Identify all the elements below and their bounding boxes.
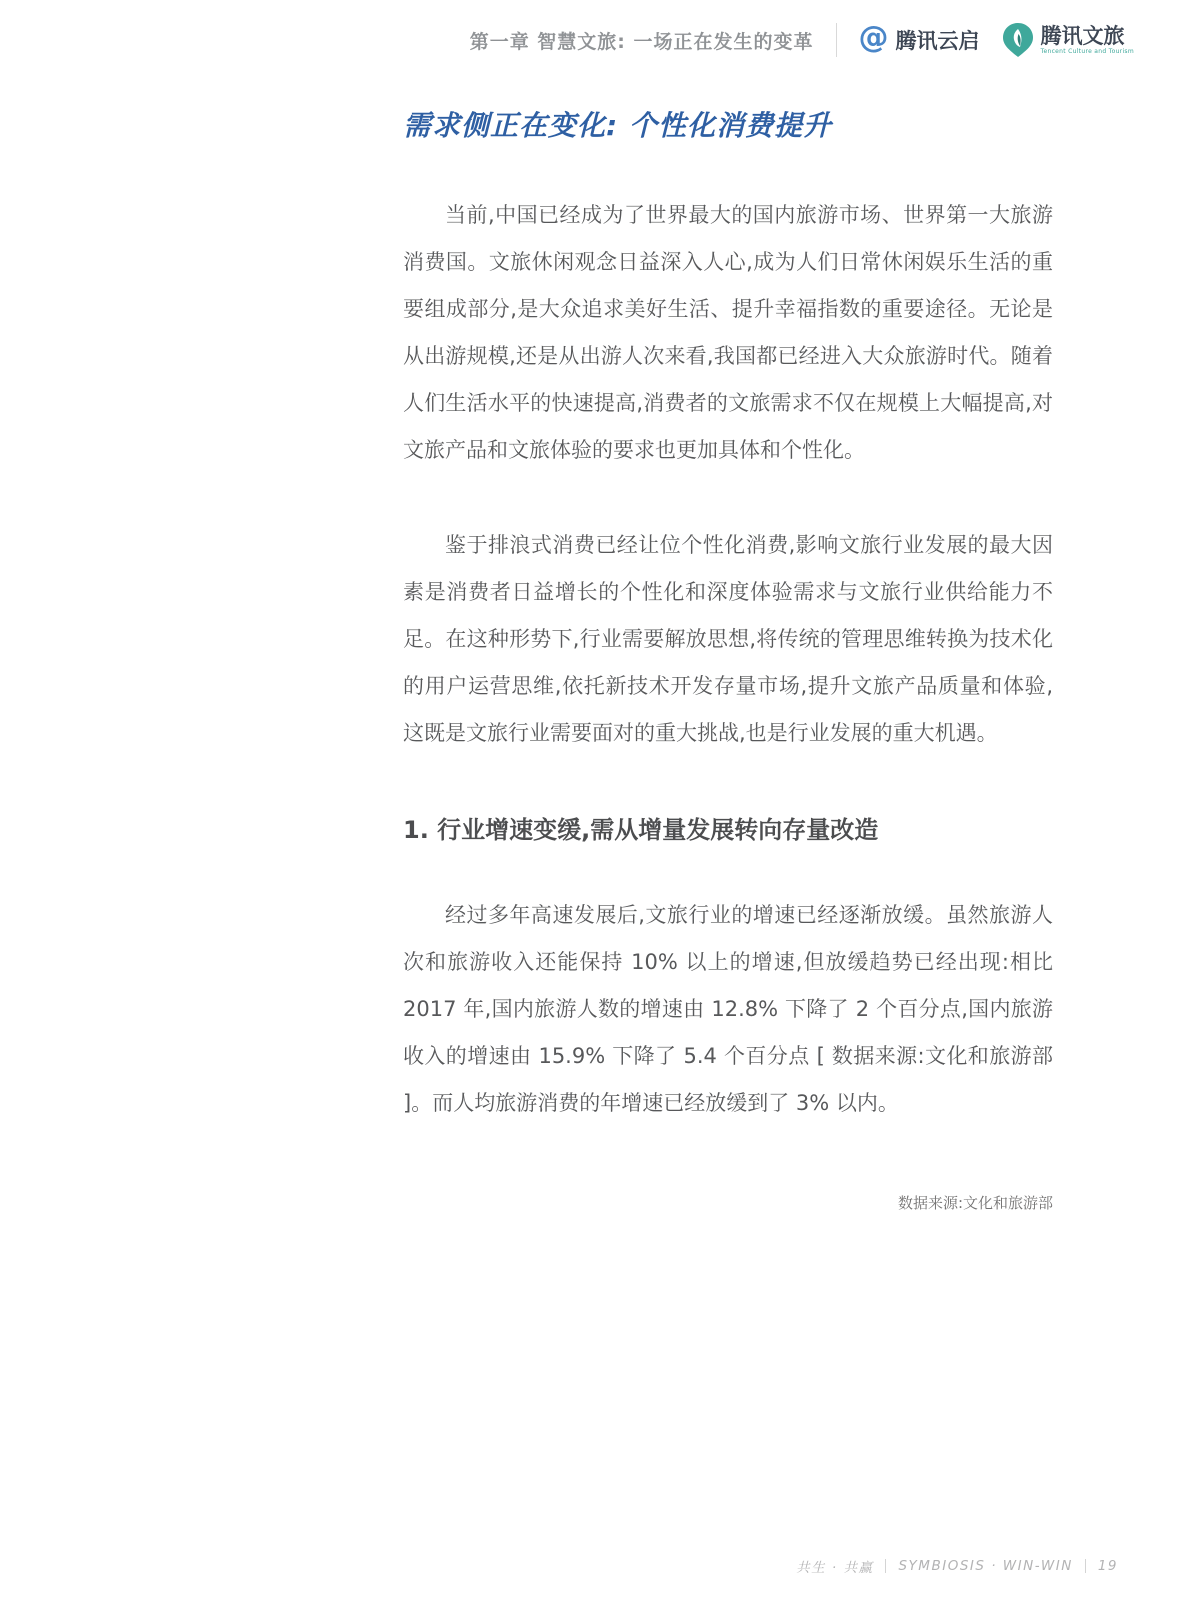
footer-motto-cn: 共生 · 共赢 [796, 1556, 873, 1576]
tencent-cloud-logo-label: 腾讯云启 [896, 25, 980, 55]
tencent-tourism-logo-text: 腾讯文旅 Tencent Culture and Tourism [1041, 26, 1134, 55]
footer-motto-en: SYMBIOSIS · WIN-WIN [898, 1558, 1072, 1574]
page-number: 19 [1098, 1558, 1118, 1574]
paragraph-3: 经过多年高速发展后,文旅行业的增速已经逐渐放缓。虽然旅游人次和旅游收入还能保持 … [403, 892, 1053, 1127]
footer-divider [885, 1559, 886, 1573]
section-title: 需求侧正在变化: 个性化消费提升 [403, 104, 832, 144]
footer-divider [1085, 1559, 1086, 1573]
chapter-title: 第一章 智慧文旅: 一场正在发生的变革 [470, 27, 814, 54]
subsection-heading: 1. 行业增速变缓,需从增量发展转向存量改造 [403, 810, 878, 845]
tencent-tourism-logo-label: 腾讯文旅 [1041, 26, 1134, 47]
page-header: 第一章 智慧文旅: 一场正在发生的变革 @ 腾讯云启 腾讯文旅 Tencent … [470, 18, 1134, 62]
teal-pin-leaf-icon [1002, 22, 1034, 58]
tencent-tourism-logo: 腾讯文旅 Tencent Culture and Tourism [1002, 22, 1134, 58]
tencent-tourism-logo-subtext: Tencent Culture and Tourism [1041, 49, 1134, 55]
report-page: 第一章 智慧文旅: 一场正在发生的变革 @ 腾讯云启 腾讯文旅 Tencent … [0, 0, 1192, 1616]
header-divider [836, 23, 837, 57]
tencent-cloud-logo: @ 腾讯云启 [859, 25, 980, 55]
paragraph-2: 鉴于排浪式消费已经让位个性化消费,影响文旅行业发展的最大因素是消费者日益增长的个… [403, 522, 1053, 757]
page-footer: 共生 · 共赢 SYMBIOSIS · WIN-WIN 19 [796, 1556, 1118, 1576]
swirl-at-icon: @ [859, 23, 889, 53]
paragraph-1: 当前,中国已经成为了世界最大的国内旅游市场、世界第一大旅游消费国。文旅休闲观念日… [403, 192, 1053, 474]
data-source-caption: 数据来源:文化和旅游部 [403, 1192, 1053, 1213]
